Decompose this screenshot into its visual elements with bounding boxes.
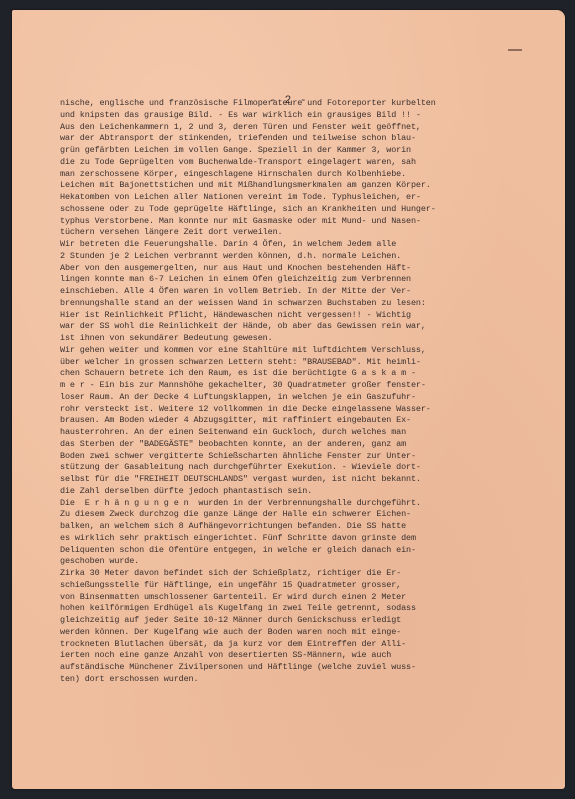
- text-line: Zirka 30 Meter davon befindet sich der S…: [60, 568, 550, 580]
- text-line: brennungshalle stand an der weissen Wand…: [60, 298, 550, 310]
- ink-mark: [508, 49, 522, 51]
- text-line: aufständische Münchener Zivilpersonen un…: [60, 662, 550, 674]
- text-line: m e r - Ein bis zur Mannshöhe gekachelte…: [60, 380, 550, 392]
- text-line: werden können. Der Kugelfang wie auch de…: [60, 627, 550, 639]
- text-line: selbst für die "FREIHEIT DEUTSCHLANDS" v…: [60, 474, 550, 486]
- text-line: Wir betreten die Feuerungshalle. Darin 4…: [60, 239, 550, 251]
- text-line: brausen. Am Boden wieder 4 Abzugsgitter,…: [60, 415, 550, 427]
- text-line: rohr versteckt ist. Weitere 12 vollkomme…: [60, 404, 550, 416]
- text-line: Hier ist Reinlichkeit Pflicht, Händewasc…: [60, 310, 550, 322]
- text-line: man zerschossene Körper, eingeschlagene …: [60, 169, 550, 181]
- text-line: Aber von den ausgemergelten, nur aus Hau…: [60, 263, 550, 275]
- text-line: Hekatomben von Leichen aller Nationen ve…: [60, 192, 550, 204]
- text-line: Deliquenten schon die Ofentüre entgegen,…: [60, 545, 550, 557]
- text-line: es wirklich sehr praktisch eingerichtet.…: [60, 533, 550, 545]
- text-line: gleichzeitig auf jeder Seite 10-12 Männe…: [60, 615, 550, 627]
- text-line: 2 Stunden je 2 Leichen verbrannt werden …: [60, 251, 550, 263]
- text-line: Boden zwei schwer vergitterte Schießscha…: [60, 451, 550, 463]
- text-line: über welcher in grossen schwarzen Letter…: [60, 357, 550, 369]
- text-line: stützung der Gasableitung nach durchgefü…: [60, 462, 550, 474]
- text-line: war der Abtransport der stinkenden, trie…: [60, 133, 550, 145]
- text-line: Zu diesem Zweck durchzog die ganze Länge…: [60, 509, 550, 521]
- text-line: von Binsenmatten umschlossener Gartentei…: [60, 592, 550, 604]
- text-line: ist ihnen von sekundärer Bedeutung gewes…: [60, 333, 550, 345]
- text-line: geschoben wurde.: [60, 556, 550, 568]
- text-line: Die E r h ä n g u n g e n wurden in der …: [60, 498, 550, 510]
- text-line: hohen keilförmigen Erdhügel als Kugelfan…: [60, 603, 550, 615]
- text-line: Leichen mit Bajonettstichen und mit Mißh…: [60, 180, 550, 192]
- text-line: schießungsstelle für Häftlinge, ein unge…: [60, 580, 550, 592]
- text-line: einschieben. Alle 4 Öfen waren in vollem…: [60, 286, 550, 298]
- text-line: nische, englische und französische Filmo…: [60, 98, 550, 110]
- text-line: war der SS wohl die Reinlichkeit der Hän…: [60, 321, 550, 333]
- text-line: loser Raum. An der Decke 4 Luftungsklapp…: [60, 392, 550, 404]
- text-line: die Zahl derselben dürfte jedoch phantas…: [60, 486, 550, 498]
- text-line: das Sterben der "BADEGÄSTE" beobachten k…: [60, 439, 550, 451]
- text-line: ierten noch eine ganze Anzahl von desert…: [60, 650, 550, 662]
- text-line: trockneten Blutlachen übersät, da ja kur…: [60, 639, 550, 651]
- text-line: Aus den Leichenkammern 1, 2 und 3, deren…: [60, 122, 550, 134]
- text-line: Wir gehen weiter und kommen vor eine Sta…: [60, 345, 550, 357]
- text-line: grün gefärbten Leichen im vollen Gange. …: [60, 145, 550, 157]
- body-text: nische, englische und französische Filmo…: [60, 98, 550, 686]
- text-line: typhus Verstorbene. Man konnte nur mit G…: [60, 216, 550, 228]
- text-line: die zu Tode Geprügelten vom Buchenwalde-…: [60, 157, 550, 169]
- text-line: hausterrohren. An der einen Seitenwand e…: [60, 427, 550, 439]
- text-line: balken, an welchem sich 8 Aufhängevorric…: [60, 521, 550, 533]
- text-line: tüchern versehen längere Zeit dort verwe…: [60, 227, 550, 239]
- text-line: ten) dort erschossen wurden.: [60, 674, 550, 686]
- text-line: und knipsten das grausige Bild. - Es war…: [60, 110, 550, 122]
- text-line: chen Schauern betrete ich den Raum, es i…: [60, 368, 550, 380]
- text-line: schossene oder zu Tode geprügelte Häftli…: [60, 204, 550, 216]
- text-line: lingen konnte man 6-7 Leichen in einem O…: [60, 274, 550, 286]
